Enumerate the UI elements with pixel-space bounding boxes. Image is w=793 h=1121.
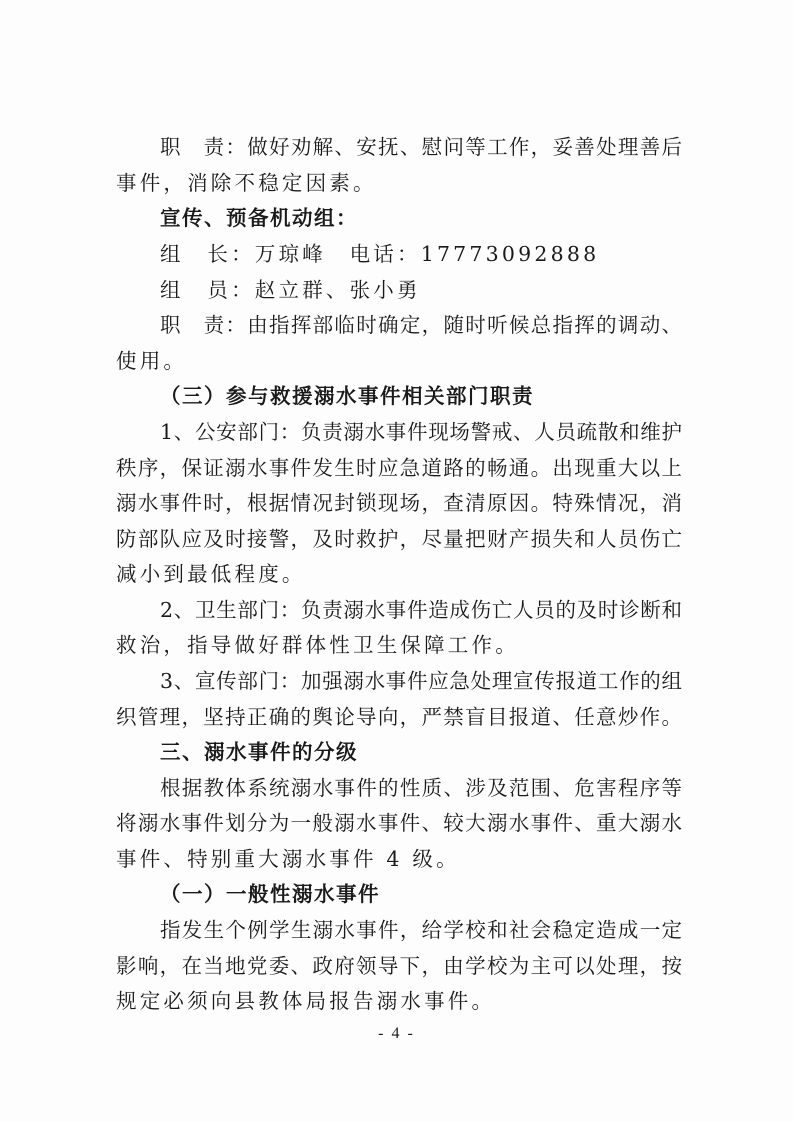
text-line: 根据教体系统溺水事件的性质、涉及范围、危害程序等 — [160, 775, 682, 801]
section-heading: 宣传、预备机动组： — [160, 205, 682, 231]
text-line: 救治，指导做好群体性卫生保障工作。 — [116, 632, 682, 658]
text-line: 影响，在当地党委、政府领导下，由学校为主可以处理，按 — [116, 953, 682, 979]
document-page: 职 责：做好劝解、安抚、慰问等工作，妥善处理善后事件，消除不稳定因素。宣传、预备… — [0, 0, 793, 1121]
text-line: 3、宣传部门：加强溺水事件应急处理宣传报道工作的组 — [160, 668, 682, 694]
text-line: 1、公安部门：负责溺水事件现场警戒、人员疏散和维护 — [160, 419, 682, 445]
section-heading: （三）参与救援溺水事件相关部门职责 — [160, 383, 682, 409]
text-line: 指发生个例学生溺水事件，给学校和社会稳定造成一定 — [160, 917, 682, 943]
text-line: 职 责：由指挥部临时确定，随时听候总指挥的调动、 — [160, 312, 682, 338]
text-line: 织管理，坚持正确的舆论导向，严禁盲目报道、任意炒作。 — [116, 704, 682, 730]
text-line: 防部队应及时接警，及时救护，尽量把财产损失和人员伤亡 — [116, 526, 682, 552]
section-heading: 三、溺水事件的分级 — [160, 739, 682, 765]
text-line: 2、卫生部门：负责溺水事件造成伤亡人员的及时诊断和 — [160, 597, 682, 623]
text-line: 事件、特别重大溺水事件 4 级。 — [116, 846, 682, 872]
section-heading: （一）一般性溺水事件 — [160, 881, 682, 907]
text-line: 组 长：万琼峰 电话：17773092888 — [160, 241, 682, 267]
text-line: 事件，消除不稳定因素。 — [116, 170, 682, 196]
text-line: 将溺水事件划分为一般溺水事件、较大溺水事件、重大溺水 — [116, 810, 682, 836]
text-line: 秩序，保证溺水事件发生时应急道路的畅通。出现重大以上 — [116, 455, 682, 481]
text-line: 职 责：做好劝解、安抚、慰问等工作，妥善处理善后 — [160, 134, 682, 160]
text-line: 减小到最低程度。 — [116, 561, 682, 587]
text-line: 使用。 — [116, 348, 682, 374]
text-line: 规定必须向县教体局报告溺水事件。 — [116, 988, 682, 1014]
page-number: - 4 - — [0, 1025, 793, 1043]
text-line: 溺水事件时，根据情况封锁现场，查清原因。特殊情况，消 — [116, 490, 682, 516]
text-line: 组 员：赵立群、张小勇 — [160, 277, 682, 303]
